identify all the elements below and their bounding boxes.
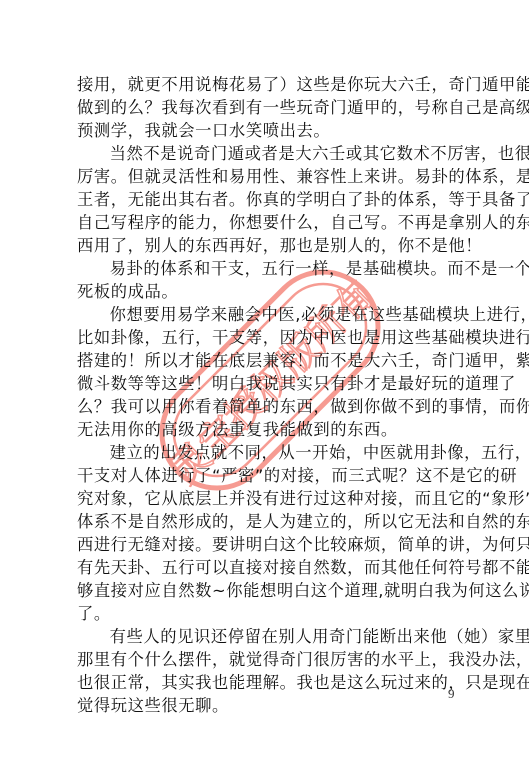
text-line: 究对象，它从底层上并没有进行过这种对接，而且它的“象形” (77, 487, 457, 510)
text-line: 有些人的见识还停留在别人用奇门能断出来他（她）家里 (77, 625, 457, 648)
text-line: 建立的出发点就不同，从一开始，中医就用卦像，五行， (77, 441, 457, 464)
paragraph: 当然不是说奇门遁或者是大六壬或其它数术不厉害，也很厉害。但就灵活性和易用性、兼容… (77, 142, 457, 257)
paragraph: 接用，就更不用说梅花易了）这些是你玩大六壬，奇门遁甲能做到的么？我每次看到有一些… (77, 73, 457, 142)
text-line: 够直接对应自然数~你能想明白这个道理,就明白我为何这么说 (77, 579, 457, 602)
page-number: 9 (448, 686, 455, 702)
text-line: 么？我可以用你看着简单的东西，做到你做不到的事情，而你 (77, 395, 457, 418)
text-line: 王者，无能出其右者。你真的学明白了卦的体系，等于具备了 (77, 188, 457, 211)
paragraph: 建立的出发点就不同，从一开始，中医就用卦像，五行，干支对人体进行了“严密”的对接… (77, 441, 457, 625)
text-line: 也很正常，其实我也能理解。我也是这么玩过来的，只是现在 (77, 671, 457, 694)
text-line: 自己写程序的能力，你想要什么，自己写。不再是拿别人的东 (77, 211, 457, 234)
paragraph: 你想要用易学来融会中医,必须是在这些基础模块上进行，比如卦像，五行，干支等，因为… (77, 303, 457, 441)
text-line: 你想要用易学来融会中医,必须是在这些基础模块上进行， (77, 303, 457, 326)
document-page: 灵宝授权版所有 接用，就更不用说梅花易了）这些是你玩大六壬，奇门遁甲能做到的么？… (0, 0, 529, 767)
text-line: 做到的么？我每次看到有一些玩奇门遁甲的，号称自己是高级 (77, 96, 457, 119)
text-line: 西用了，别人的东西再好，那也是别人的，你不是他！ (77, 234, 457, 257)
text-line: 易卦的体系和干支，五行一样，是基础模块。而不是一个 (77, 257, 457, 280)
text-line: 搭建的！所以才能在底层兼容！而不是大六壬，奇门遁甲，紫 (77, 349, 457, 372)
text-line: 了。 (77, 602, 457, 625)
paragraph: 有些人的见识还停留在别人用奇门能断出来他（她）家里那里有个什么摆件，就觉得奇门很… (77, 625, 457, 717)
text-line: 预测学，我就会一口水笑喷出去。 (77, 119, 457, 142)
text-line: 觉得玩这些很无聊。 (77, 694, 457, 717)
text-line: 接用，就更不用说梅花易了）这些是你玩大六壬，奇门遁甲能 (77, 73, 457, 96)
text-line: 厉害。但就灵活性和易用性、兼容性上来讲。易卦的体系，是 (77, 165, 457, 188)
text-line: 西进行无缝对接。要讲明白这个比较麻烦，简单的讲，为何只 (77, 533, 457, 556)
document-body: 接用，就更不用说梅花易了）这些是你玩大六壬，奇门遁甲能做到的么？我每次看到有一些… (77, 73, 457, 717)
text-line: 有先天卦、五行可以直接对接自然数，而其他任何符号都不能 (77, 556, 457, 579)
text-line: 微斗数等等这些！明白我说其实只有卦才是最好玩的道理了 (77, 372, 457, 395)
text-line: 当然不是说奇门遁或者是大六壬或其它数术不厉害，也很 (77, 142, 457, 165)
text-line: 体系不是自然形成的，是人为建立的，所以它无法和自然的东 (77, 510, 457, 533)
text-line: 无法用你的高级方法重复我能做到的东西。 (77, 418, 457, 441)
text-line: 死板的成品。 (77, 280, 457, 303)
text-line: 干支对人体进行了“严密”的对接，而三式呢？这不是它的研 (77, 464, 457, 487)
text-line: 比如卦像，五行，干支等，因为中医也是用这些基础模块进行 (77, 326, 457, 349)
paragraph: 易卦的体系和干支，五行一样，是基础模块。而不是一个死板的成品。 (77, 257, 457, 303)
text-line: 那里有个什么摆件，就觉得奇门很厉害的水平上，我没办法， (77, 648, 457, 671)
